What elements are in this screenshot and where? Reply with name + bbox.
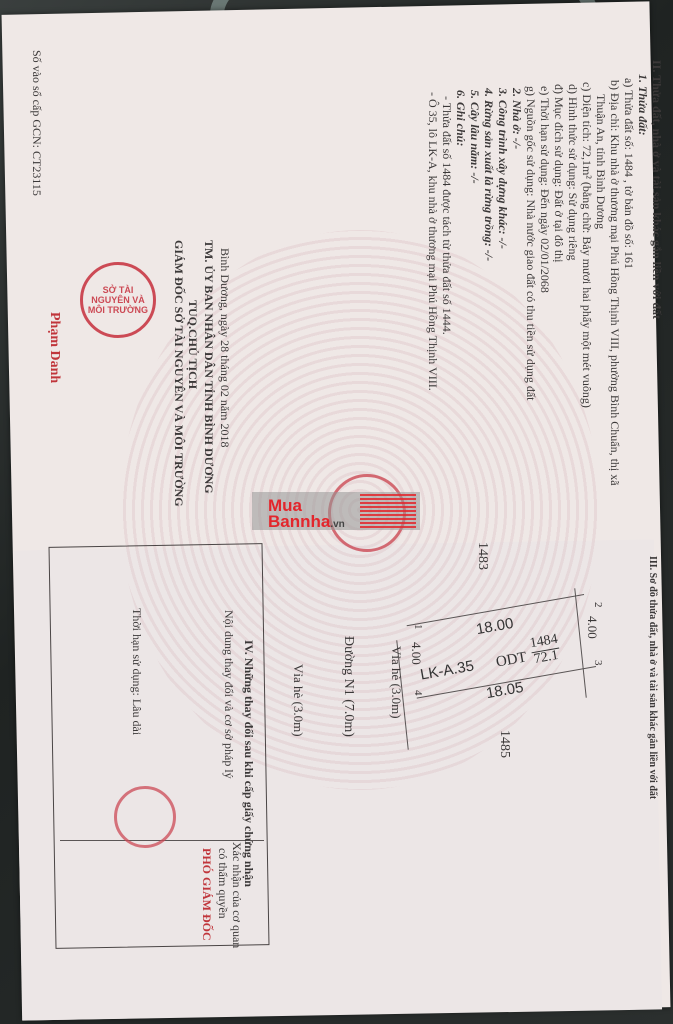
vice-director-title: PHÓ GIÁM ĐỐC xyxy=(199,848,214,941)
sub-parcel: 1. Thửa đất: xyxy=(635,74,650,136)
issuing-org: TM. ỦY BAN NHÂN DÂN TỈNH BÌNH DƯƠNG xyxy=(201,240,216,494)
usage-form: d) Hình thức sử dụng: Sử dụng riêng xyxy=(565,84,580,261)
back-length: 4.00 xyxy=(408,642,424,665)
corner-1: 1 xyxy=(412,624,424,630)
neighbor-1483: 1483 xyxy=(475,542,490,570)
other-construction: 3. Công trình xây dựng khác: -/- xyxy=(495,88,510,249)
col-confirm-header-2: có thẩm quyền xyxy=(215,848,230,919)
road-n1: Đường N1 (7.0m) xyxy=(340,636,356,737)
tuq-chairman: TUQ.CHỦ TỊCH xyxy=(185,300,200,389)
production-forest: 4. Rừng sản xuất là rừng trồng: -/- xyxy=(481,88,496,261)
sidewalk-1: Vỉa hè (3.0m) xyxy=(388,646,404,719)
neighbor-1485: 1485 xyxy=(497,730,512,758)
col-changes-header: Nội dung thay đổi và cơ sở pháp lý xyxy=(221,610,236,779)
address: b) Địa chỉ: Khu nhà ở thương mại Phú Hồn… xyxy=(607,80,622,486)
front-length: 4.00 xyxy=(584,616,600,639)
signer-name: Phạm Danh xyxy=(47,312,62,383)
note-2: - Ô 35, lô LK-A, khu nhà ở thương mại Ph… xyxy=(425,92,440,391)
parcel-number: a) Thửa đất số: 1484 , tờ bản đồ số: 161 xyxy=(621,78,636,269)
official-stamp: SỞ TÀI NGUYÊN VÀ MÔI TRƯỜNG xyxy=(80,262,156,338)
vice-director-stamp xyxy=(114,786,176,848)
date-line: Bình Dương, ngày 28 tháng 02 năm 2018 xyxy=(217,248,232,448)
sidewalk-2: Vỉa hè (3.0m) xyxy=(290,664,306,737)
perennial-trees: 5. Cây lâu năm: -/- xyxy=(467,90,482,184)
note-1: - Thửa đất số 1484 được tách từ thửa đất… xyxy=(439,96,454,335)
change-entry: Thời hạn sử dụng: Lâu dài xyxy=(129,608,144,735)
address-2: Thuận An, tỉnh Bình Dương xyxy=(593,94,608,229)
signer-title: GIÁM ĐỐC SỞ TÀI NGUYÊN VÀ MÔI TRƯỜNG xyxy=(171,240,186,507)
area: c) Diện tích: 72,1m² (bằng chữ: Bảy mươi… xyxy=(579,82,594,408)
usage-origin: g) Nguồn gốc sử dụng: Nhà nước giao đất … xyxy=(523,86,538,400)
registry-number: Số vào sổ cấp GCN: CT23115 xyxy=(29,50,44,196)
corner-4: 4 xyxy=(412,690,424,696)
section-iii-title: III. Sơ đồ thửa đất, nhà ở và tài sản kh… xyxy=(645,556,660,799)
col-confirm-header-1: Xác nhận của cơ quan xyxy=(229,842,244,948)
usage-term: e) Thời hạn sử dụng: Đến ngày 02/01/2068 xyxy=(537,86,552,293)
usage-purpose: đ) Mục đích sử dụng: Đất ở tại đô thị xyxy=(551,84,566,263)
corner-2: 2 xyxy=(592,602,604,608)
section-ii-title: II. Thửa đất, nhà ở và tài sản khác gắn … xyxy=(649,60,664,319)
house: 2. Nhà ở: -/- xyxy=(509,88,524,149)
notes-label: 6. Ghi chú: xyxy=(453,90,468,146)
corner-3: 3 xyxy=(592,660,604,666)
watermark-text: Mua Bannha.vn xyxy=(268,498,345,533)
watermark-logo-icon xyxy=(360,494,416,528)
